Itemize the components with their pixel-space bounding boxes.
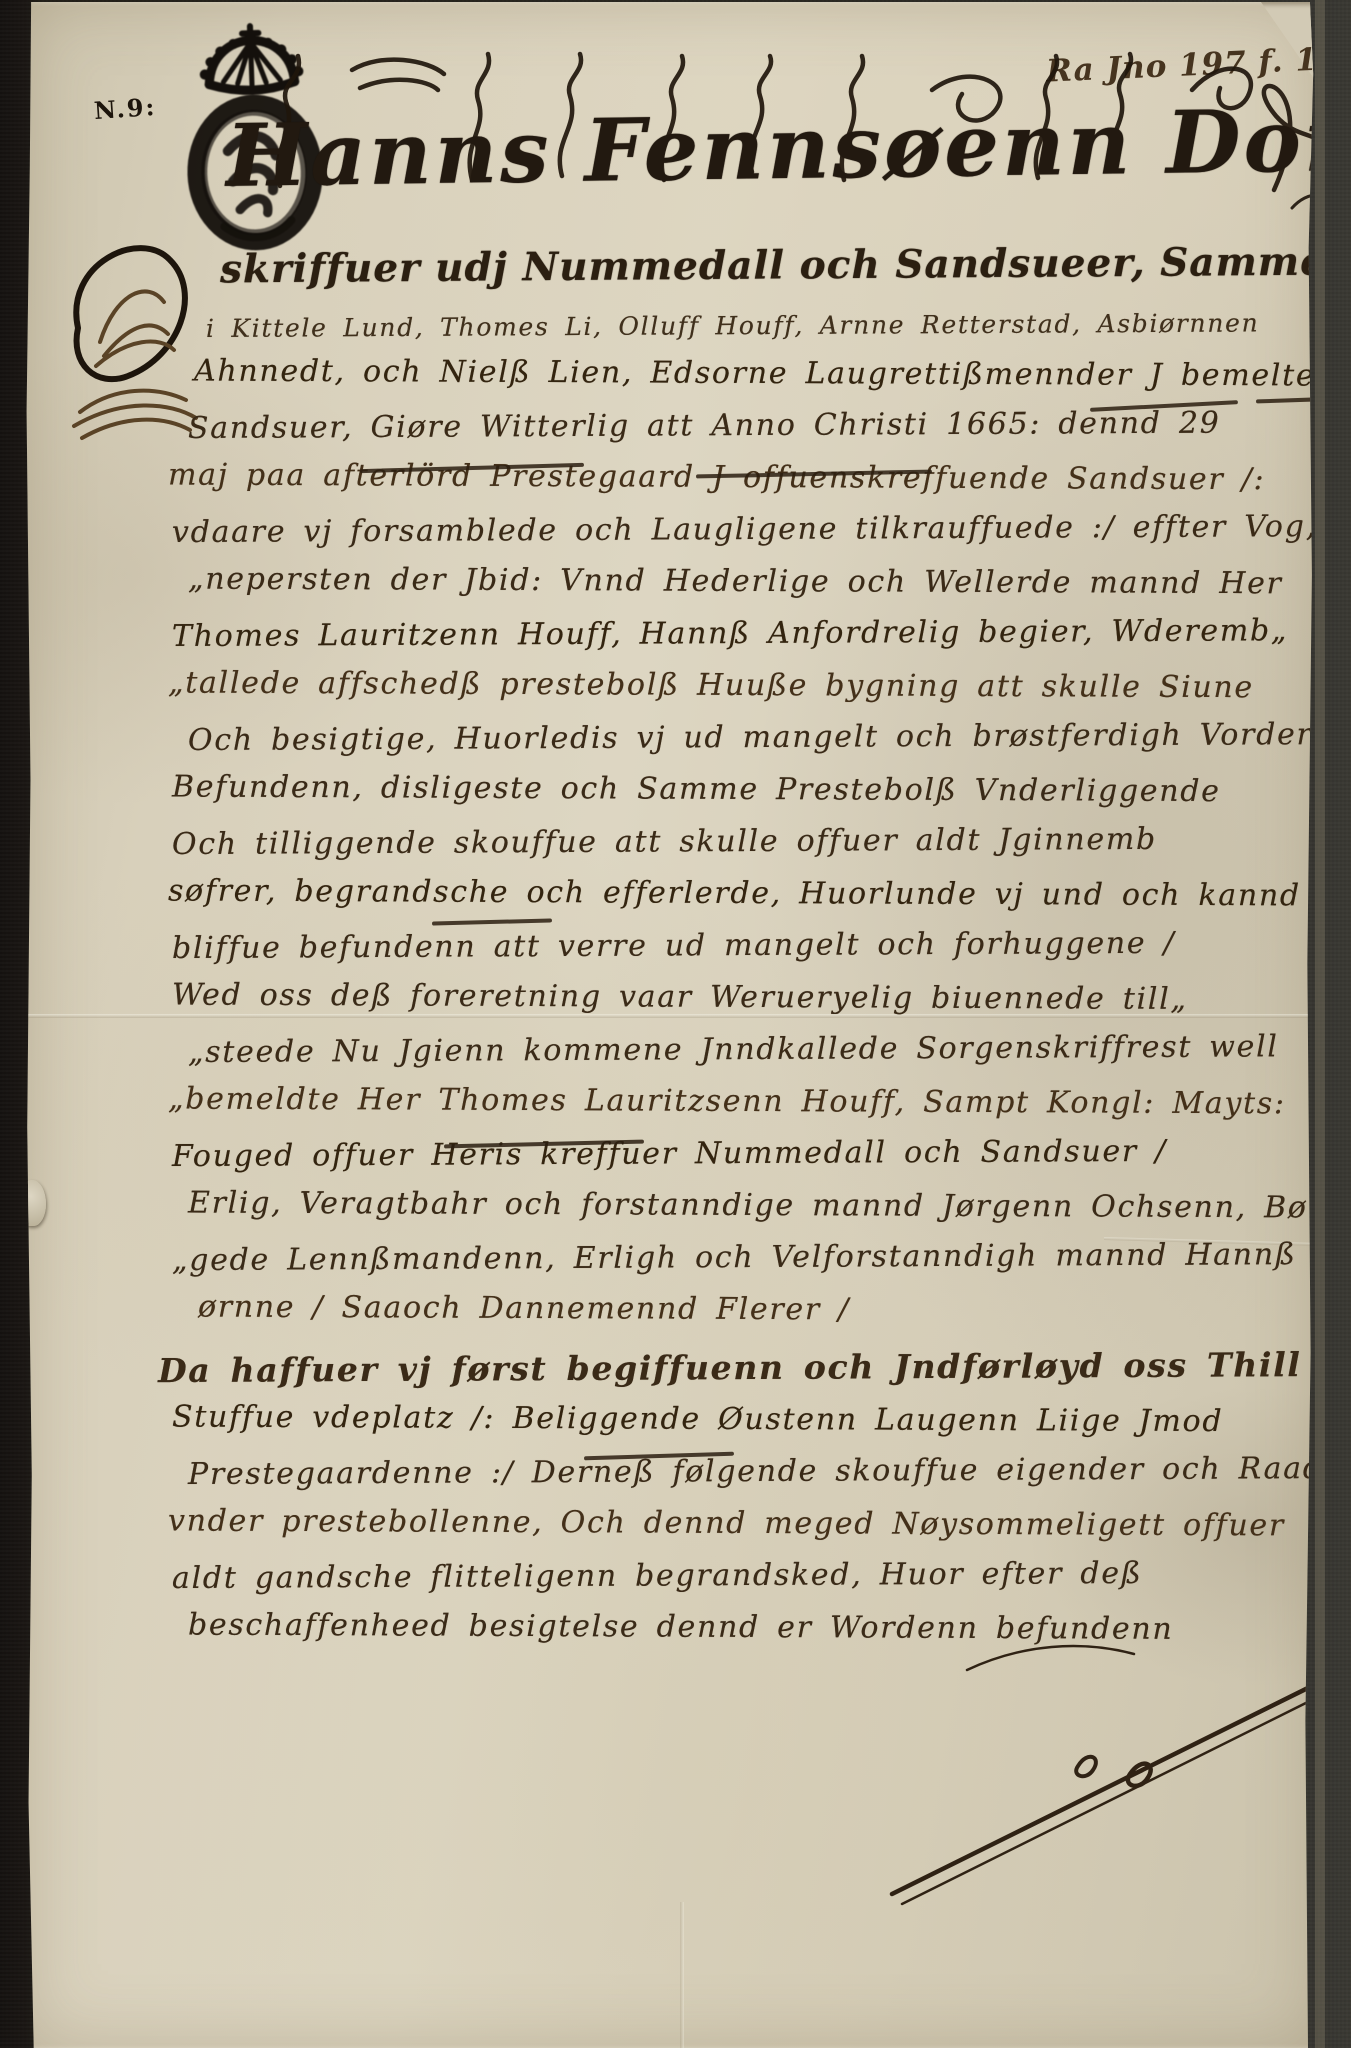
manuscript-line: Ahnnedt, och Nielß Lien, Edsorne Laugret… xyxy=(194,346,1337,403)
manuscript-line: „tallede affschedß prestebolß Huuße bygn… xyxy=(168,657,1337,714)
folio-number: N.9: xyxy=(93,92,157,125)
manuscript-line: Erlig, Veragtbahr och forstanndige mannd… xyxy=(188,1177,1337,1234)
document-title: Hanns Fennsøenn Dorren xyxy=(225,98,1346,200)
manuscript-line: bliffue befundenn att verre ud mangelt o… xyxy=(172,917,1337,975)
manuscript-line: søfrer, begrandsche och efferlerde, Huor… xyxy=(168,865,1337,922)
manuscript-line: Wed oss deß foreretning vaar Werueryelig… xyxy=(172,969,1337,1026)
manuscript-line: Da haffuer vj først begiffuenn och Jndfø… xyxy=(158,1339,1337,1397)
manuscript-line: „gede Lennßmandenn, Erligh och Velforsta… xyxy=(172,1229,1337,1287)
scanned-manuscript: N.9: Ra Jno 197 f. 1878. xyxy=(0,0,1351,2048)
manuscript-line: Thomes Lauritzenn Houff, Hannß Anfordrel… xyxy=(172,605,1337,663)
manuscript-line: Befundenn, disligeste och Samme Prestebo… xyxy=(172,761,1337,818)
manuscript-line: aldt gandsche flitteligenn begrandsked, … xyxy=(172,1547,1337,1605)
manuscript-line: „steede Nu Jgienn kommene Jnndkallede So… xyxy=(188,1021,1337,1079)
manuscript-line: „bemeldte Her Thomes Lauritzsenn Houff, … xyxy=(168,1073,1337,1130)
manuscript-line: Prestegaardenne :/ Derneß følgende skouf… xyxy=(188,1443,1337,1501)
manuscript-line: „nepersten der Jbid: Vnnd Hederlige och … xyxy=(188,553,1337,610)
underlying-page-edge xyxy=(1315,0,1325,2048)
manuscript-line: maj paa afterlörd Prestegaard J offuensk… xyxy=(168,449,1337,506)
manuscript-line: Och besigtige, Huorledis vj ud mangelt o… xyxy=(188,709,1337,767)
manuscript-page: N.9: Ra Jno 197 f. 1878. xyxy=(24,2,1319,2048)
manuscript-line: vnder prestebollenne, Och dennd meged Nø… xyxy=(168,1495,1337,1552)
vertical-fold-crease xyxy=(680,1902,684,2048)
manuscript-line: Fouged offuer Heris kreffuer Nummedall o… xyxy=(172,1125,1337,1183)
closing-pen-flourish-icon xyxy=(872,1630,1350,1940)
manuscript-line: vdaare vj forsamblede och Laugligene til… xyxy=(172,501,1337,559)
body-paragraph-2: Da haffuer vj først begiffuenn och Jndfø… xyxy=(172,1342,1337,1654)
manuscript-line: ørnne / Saaoch Dannemennd Flerer / xyxy=(198,1282,1337,1339)
manuscript-line: Och tilliggende skouffue att skulle offu… xyxy=(172,813,1337,871)
body-paragraph-1: i Kittele Lund, Thomes Li, Olluff Houff,… xyxy=(172,304,1337,1336)
manuscript-line: i Kittele Lund, Thomes Li, Olluff Houff,… xyxy=(206,301,1337,351)
manuscript-line: Stuffue vdeplatz /: Beliggende Øustenn L… xyxy=(172,1391,1337,1448)
document-subtitle: skriffuer udj Nummedall och Sandsueer, S… xyxy=(220,238,1351,293)
